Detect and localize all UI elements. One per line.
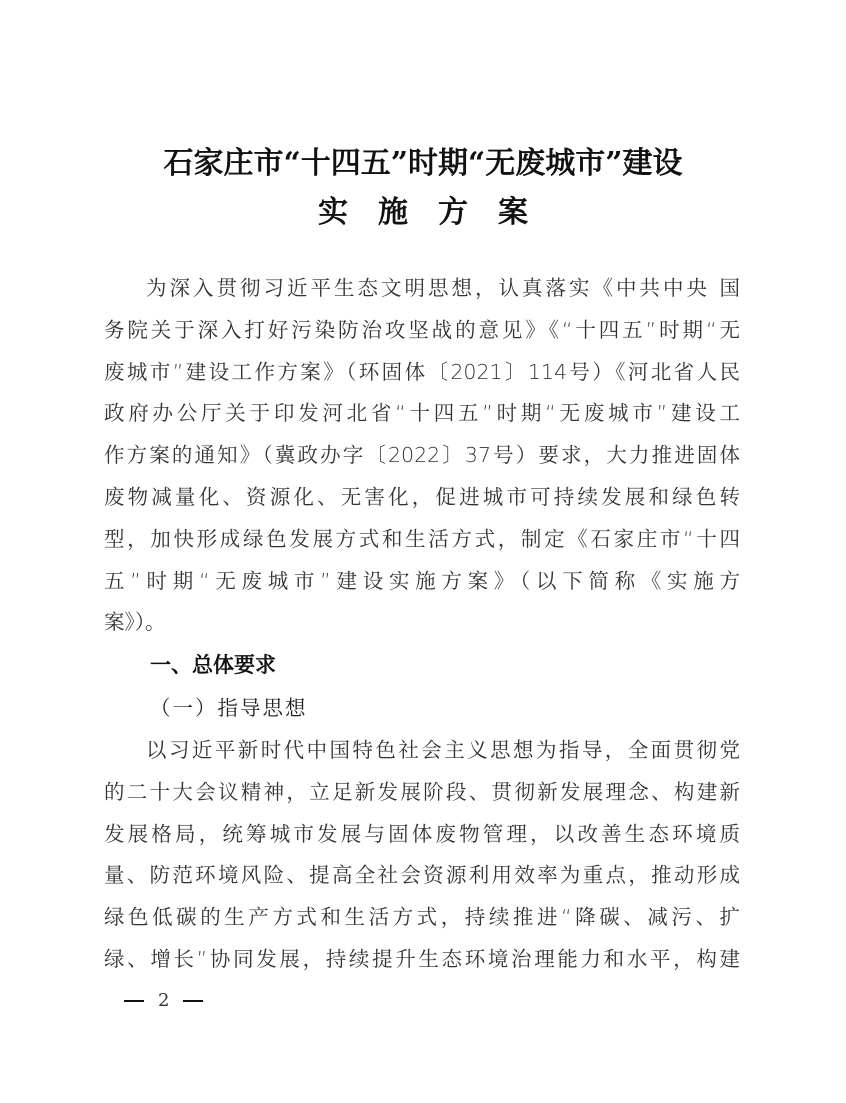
intro-paragraph-line: 政府办公厅关于印发河北省“十四五”时期“无废城市”建设工 bbox=[104, 398, 740, 428]
page-footer: 2 bbox=[124, 990, 203, 1011]
intro-paragraph-line: 废城市”建设工作方案》（环固体〔2021〕114号）《河北省人民 bbox=[104, 357, 740, 387]
footer-dash-right bbox=[183, 1000, 203, 1002]
section-heading: 一、总体要求 bbox=[150, 650, 276, 680]
document-title-line-2: 实施方案 bbox=[0, 195, 846, 231]
intro-paragraph-line: 务院关于深入打好污染防治攻坚战的意见》《“十四五”时期“无 bbox=[104, 315, 740, 345]
intro-paragraph-line: 案》）。 bbox=[104, 607, 740, 637]
guiding-paragraph-line: 的二十大会议精神，立足新发展阶段、贯彻新发展理念、构建新 bbox=[104, 777, 740, 807]
intro-paragraph-line: 五”时期“无废城市”建设实施方案》（以下简称《实施方 bbox=[104, 566, 740, 596]
intro-paragraph-line: 作方案的通知》（冀政办字〔2022〕37号）要求，大力推进固体 bbox=[104, 440, 740, 470]
footer-dash-left bbox=[124, 1000, 144, 1002]
guiding-paragraph-line: 发展格局，统筹城市发展与固体废物管理，以改善生态环境质 bbox=[104, 819, 740, 849]
page-number: 2 bbox=[158, 990, 169, 1011]
document-title-line-1: 石家庄市“十四五”时期“无废城市”建设 bbox=[0, 146, 846, 182]
intro-paragraph-line: 为深入贯彻习近平生态文明思想，认真落实《中共中央 国 bbox=[146, 273, 740, 303]
intro-paragraph-line: 废物减量化、资源化、无害化，促进城市可持续发展和绿色转 bbox=[104, 482, 740, 512]
document-page: 石家庄市“十四五”时期“无废城市”建设 实施方案 为深入贯彻习近平生态文明思想，… bbox=[0, 0, 846, 1103]
guiding-paragraph-line: 绿、增长”协同发展，持续提升生态环境治理能力和水平，构建 bbox=[104, 944, 740, 974]
intro-paragraph-line: 型，加快形成绿色发展方式和生活方式，制定《石家庄市“十四 bbox=[104, 524, 740, 554]
guiding-paragraph-line: 量、防范环境风险、提高全社会资源利用效率为重点，推动形成 bbox=[104, 860, 740, 890]
guiding-paragraph-line: 绿色低碳的生产方式和生活方式，持续推进“降碳、减污、扩 bbox=[104, 902, 740, 932]
guiding-paragraph-line: 以习近平新时代中国特色社会主义思想为指导，全面贯彻党 bbox=[146, 735, 740, 765]
subsection-heading: （一）指导思想 bbox=[150, 693, 308, 723]
